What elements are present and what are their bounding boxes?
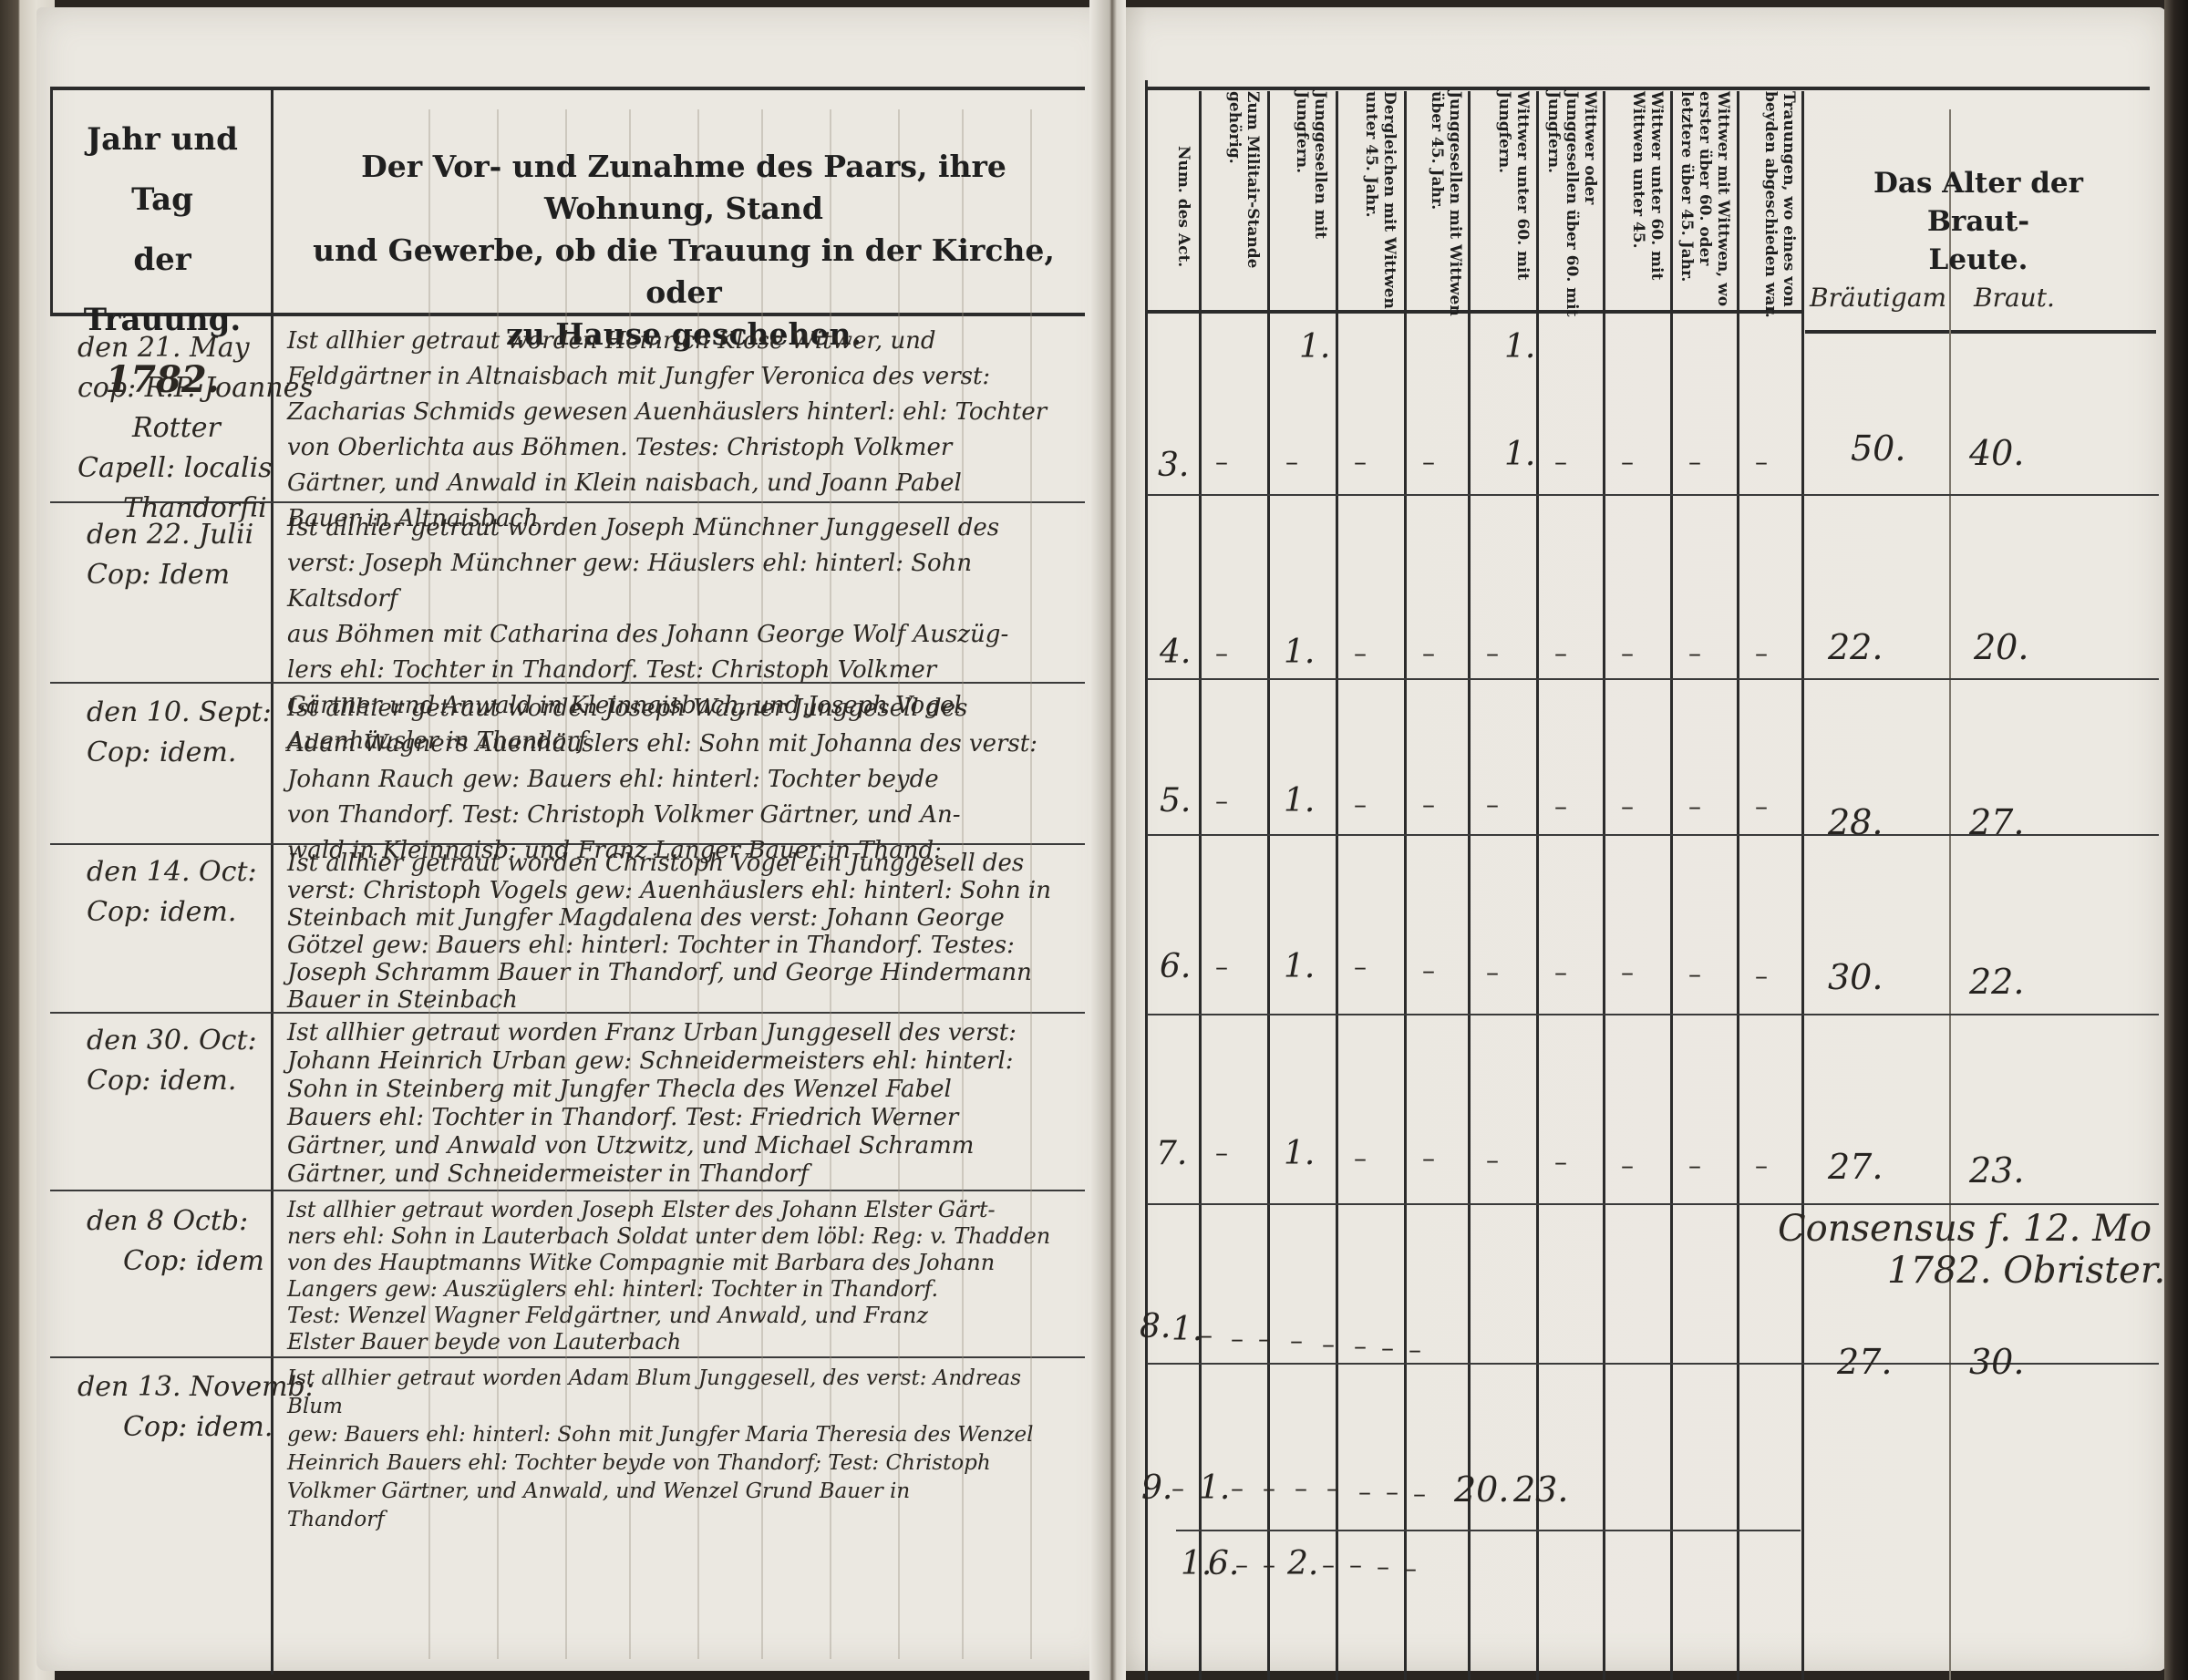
count-mark: –: [1326, 1473, 1339, 1503]
col-header-widower-under-60-maidens: Wittwer unter 60. mit Jungfern.: [1475, 91, 1532, 319]
entry-text: Ist allhier getraut worden Adam Blum Jun…: [287, 1365, 1071, 1534]
count-mark: –: [1755, 1150, 1768, 1180]
count-mark: –: [1554, 957, 1567, 987]
total-mark: –: [1263, 1550, 1275, 1580]
count-mark: –: [1621, 1150, 1634, 1180]
bride-age: 30.: [1969, 1342, 2024, 1382]
count-mark: –: [1621, 791, 1634, 821]
count-mark: –: [1755, 447, 1768, 477]
col-header-bachelors-maidens: Junggesellen mit Jungfern.: [1276, 91, 1329, 319]
count-mark: –: [1358, 1477, 1371, 1507]
groom-age: 27.: [1837, 1342, 1892, 1382]
entry-line: von Oberlichta aus Böhmen. Testes: Chris…: [287, 430, 1071, 466]
entry-line: Joseph Schramm Bauer in Thandorf, und Ge…: [287, 959, 1071, 986]
count-mark: –: [1688, 791, 1701, 821]
entry-line: Bauer in Steinbach: [287, 986, 1071, 1014]
entry-line: von Thandorf. Test: Christoph Volkmer Gä…: [287, 798, 1071, 833]
count-mark: –: [1354, 952, 1367, 982]
bride-subheader: Braut.: [1974, 283, 2055, 313]
entry-line: Adam Wagners Auenhäuslers ehl: Sohn mit …: [287, 727, 1071, 762]
officiant-line: Cop: idem.: [87, 892, 257, 933]
entry-text: Ist allhier getraut worden Joseph Wagner…: [287, 691, 1071, 869]
count-mark: –: [1386, 1477, 1398, 1507]
count-mark: –: [1381, 1333, 1394, 1363]
entry-line: Götzel gew: Bauers ehl: hinterl: Tochter…: [287, 932, 1071, 959]
count-mark: 1.: [1199, 1469, 1230, 1507]
col-header-act-number: Num. des Act.: [1156, 91, 1192, 374]
count-mark: –: [1322, 1329, 1335, 1359]
count-mark: –: [1413, 1479, 1426, 1509]
header-line: Der Vor- und Zunahme des Paars, ihre Woh…: [283, 146, 1085, 230]
col-header-widows-under-45: Dergleichen mit Wittwen unter 45. Jahr.: [1342, 91, 1398, 319]
entry-line: Feldgärtner in Altnaisbach mit Jungfer V…: [287, 359, 1071, 395]
bride-age: 23.: [1969, 1150, 2024, 1190]
bride-age: 27.: [1969, 802, 2024, 842]
total-mark: 2.: [1287, 1545, 1318, 1582]
entry-line: Ist allhier getraut worden Franz Urban J…: [287, 1019, 1071, 1047]
act-number: 8.: [1140, 1308, 1171, 1345]
total-mark: –: [1322, 1550, 1335, 1580]
officiant-line: Cop: Idem: [87, 555, 253, 595]
entry-text: Ist allhier getraut worden Franz Urban J…: [287, 1019, 1071, 1189]
groom-subheader: Bräutigam: [1810, 283, 1946, 313]
groom-age: 30.: [1828, 957, 1883, 997]
count-mark: –: [1215, 786, 1228, 816]
count-mark: –: [1215, 447, 1228, 477]
bride-age: 22.: [1969, 962, 2024, 1002]
count-mark: –: [1354, 789, 1367, 819]
groom-age: 20.: [1454, 1469, 1509, 1510]
header-line: Jahr und Tag: [53, 109, 272, 230]
book-edge-right: [2164, 0, 2188, 1680]
act-number: 5.: [1160, 782, 1191, 819]
count-mark: –: [1621, 957, 1634, 987]
count-mark: –: [1621, 447, 1634, 477]
entry-date: den 8 Octb: Cop: idem: [87, 1201, 264, 1282]
count-mark: –: [1554, 447, 1567, 477]
count-mark: –: [1486, 957, 1499, 987]
entry-date: den 10. Sept: Cop: idem.: [87, 693, 272, 773]
entry-line: Sohn in Steinberg mit Jungfer Thecla des…: [287, 1076, 1071, 1104]
date-line: den 13. Novemb:: [77, 1367, 315, 1407]
entry-line: Ist allhier getraut worden Joseph Wagner…: [287, 691, 1071, 727]
count-mark: 1.: [1504, 436, 1535, 473]
entry-line: Steinbach mit Jungfer Magdalena des vers…: [287, 904, 1071, 932]
count-mark: –: [1231, 1473, 1244, 1503]
officiant-line: Rotter: [77, 408, 314, 448]
date-line: den 30. Oct:: [87, 1021, 257, 1061]
entry-line: Ist allhier getraut worden Heinrich Klos…: [287, 324, 1071, 359]
count-mark: –: [1354, 1331, 1367, 1361]
count-mark: –: [1215, 952, 1228, 982]
count-mark: –: [1688, 447, 1701, 477]
officiant-line: Cop: idem: [87, 1242, 264, 1282]
count-mark: –: [1755, 638, 1768, 668]
act-number: 7.: [1156, 1135, 1187, 1172]
count-mark: –: [1295, 1473, 1307, 1503]
entry-line: Ist allhier getraut worden Christoph Vog…: [287, 850, 1071, 877]
officiant-line: Capell: localis: [77, 448, 314, 489]
total-mark: –: [1404, 1553, 1417, 1583]
act-number: 6.: [1160, 948, 1191, 985]
note-line: 1782. Obrister.: [1778, 1250, 2165, 1292]
count-mark: –: [1171, 1473, 1184, 1503]
entry-line: Langers gew: Auszüglers ehl: hinterl: To…: [287, 1276, 1071, 1303]
entry-line: lers ehl: Tochter in Thandorf. Test: Chr…: [287, 653, 1071, 688]
entry-line: Gärtner, und Schneidermeister in Thandor…: [287, 1160, 1071, 1189]
entry-line: gew: Bauers ehl: hinterl: Sohn mit Jungf…: [287, 1421, 1071, 1449]
entry-line: verst: Christoph Vogels gew: Auenhäusler…: [287, 877, 1071, 904]
header-line: Leute.: [1823, 241, 2133, 279]
entry-line: Ist allhier getraut worden Joseph Münchn…: [287, 510, 1071, 546]
marginal-note-consensus: Consensus f. 12. Mo 1782. Obrister.: [1778, 1208, 2165, 1292]
groom-age: 22.: [1828, 627, 1883, 667]
col-header-widower-widow-under: Wittwer unter 60. mit Wittwen unter 45.: [1609, 91, 1666, 319]
entry-line: Bauers ehl: Tochter in Thandorf. Test: F…: [287, 1104, 1071, 1132]
count-mark: –: [1422, 789, 1435, 819]
entry-line: Volkmer Gärtner, und Anwald, und Wenzel …: [287, 1478, 1071, 1506]
bride-age: 23.: [1513, 1469, 1568, 1510]
header-line: der: [53, 230, 272, 290]
bride-age: 40.: [1969, 433, 2024, 473]
count-mark: –: [1263, 1473, 1275, 1503]
col-header-divorced: Trauungen, wo eines von beyden abgeschie…: [1743, 91, 1798, 319]
entry-line: Johann Heinrich Urban gew: Schneidermeis…: [287, 1047, 1071, 1076]
count-mark: 1.: [1504, 328, 1535, 366]
count-mark: –: [1755, 791, 1768, 821]
entry-line: Test: Wenzel Wagner Feldgärtner, und Anw…: [287, 1303, 1071, 1329]
count-mark: 1.: [1171, 1311, 1202, 1348]
count-mark: –: [1755, 961, 1768, 991]
count-mark: –: [1215, 1138, 1228, 1168]
count-mark: –: [1554, 1147, 1567, 1177]
date-line: den 22. Julii: [87, 515, 253, 555]
entry-text: Ist allhier getraut worden Christoph Vog…: [287, 850, 1071, 1014]
entry-line: von des Hauptmanns Witke Compagnie mit B…: [287, 1250, 1071, 1276]
entry-date: den 13. Novemb: Cop: idem.: [77, 1367, 315, 1448]
count-mark: –: [1688, 1150, 1701, 1180]
count-mark: 1.: [1284, 1135, 1315, 1172]
note-line: Consensus f. 12. Mo: [1778, 1208, 2165, 1250]
entry-line: ners ehl: Sohn in Lauterbach Soldat unte…: [287, 1223, 1071, 1250]
total-mark: –: [1235, 1550, 1248, 1580]
count-mark: –: [1486, 789, 1499, 819]
col-header-over-60-maidens: Wittwer oder Junggesellen über 60. mit J…: [1543, 91, 1599, 319]
count-mark: –: [1554, 638, 1567, 668]
total-mark: –: [1349, 1550, 1362, 1580]
count-mark: –: [1354, 638, 1367, 668]
groom-age: 27.: [1828, 1147, 1883, 1187]
entry-line: Heinrich Bauers ehl: Tochter beyde von T…: [287, 1449, 1071, 1478]
count-mark: –: [1554, 791, 1567, 821]
entry-line: Zacharias Schmids gewesen Auenhäuslers h…: [287, 395, 1071, 430]
officiant-line: Cop: idem.: [87, 1061, 257, 1101]
count-mark: 1.: [1284, 948, 1315, 985]
entry-date: den 30. Oct: Cop: idem.: [87, 1021, 257, 1101]
entry-line: Elster Bauer beyde von Lauterbach: [287, 1329, 1071, 1355]
entry-line: Gärtner, und Anwald von Utzwitz, und Mic…: [287, 1132, 1071, 1160]
book-gutter: [1089, 0, 1126, 1680]
age-column-header: Das Alter der Braut- Leute.: [1823, 164, 2133, 279]
count-mark: –: [1290, 1325, 1303, 1355]
count-mark: –: [1422, 1143, 1435, 1173]
groom-age: 28.: [1828, 802, 1883, 842]
officiant-line: Cop: idem.: [77, 1407, 315, 1448]
count-mark: 1.: [1284, 782, 1315, 819]
col-header-military: Zum Militair-Stande gehörig.: [1205, 91, 1262, 319]
officiant-line: Cop: idem.: [87, 733, 272, 773]
count-mark: –: [1486, 638, 1499, 668]
date-line: den 8 Octb:: [87, 1201, 264, 1242]
count-mark: –: [1422, 955, 1435, 985]
count-mark: –: [1621, 638, 1634, 668]
count-mark: 1.: [1284, 634, 1315, 671]
bride-age: 20.: [1974, 627, 2028, 667]
count-mark: –: [1422, 638, 1435, 668]
entry-line: Ist allhier getraut worden Adam Blum Jun…: [287, 1365, 1071, 1421]
count-mark: –: [1422, 447, 1435, 477]
col-header-widows-over-45: Junggesellen mit Wittwen über 45. Jahr.: [1409, 91, 1464, 319]
act-number: 4.: [1160, 634, 1191, 671]
act-number: 3.: [1158, 447, 1189, 484]
count-mark: –: [1258, 1324, 1271, 1354]
header-line: Das Alter der Braut-: [1823, 164, 2133, 241]
count-mark: –: [1285, 447, 1298, 477]
officiant-line: cop: R.P. Joannes: [77, 368, 314, 408]
entry-date: den 22. Julii Cop: Idem: [87, 515, 253, 595]
entry-line: Ist allhier getraut worden Joseph Elster…: [287, 1197, 1071, 1223]
entry-line: Johann Rauch gew: Bauers ehl: hinterl: T…: [287, 762, 1071, 798]
col-header-widower-widow-over: Wittwer mit Wittwen, wo erster über 60. …: [1676, 91, 1732, 319]
count-mark: –: [1688, 959, 1701, 989]
entry-line: Thandorf: [287, 1506, 1071, 1534]
total-mark: –: [1377, 1551, 1389, 1582]
count-mark: 1.: [1299, 328, 1330, 366]
count-mark: –: [1409, 1335, 1421, 1365]
count-mark: –: [1354, 447, 1367, 477]
date-line: den 21. May: [77, 328, 314, 368]
entry-line: verst: Joseph Münchner gew: Häuslers ehl…: [287, 546, 1071, 617]
date-line: den 14. Oct:: [87, 852, 257, 892]
count-mark: –: [1354, 1143, 1367, 1173]
groom-age: 50.: [1851, 428, 1905, 469]
date-line: den 10. Sept:: [87, 693, 272, 733]
count-mark: –: [1231, 1324, 1244, 1354]
count-mark: –: [1486, 1145, 1499, 1175]
count-mark: –: [1200, 1320, 1213, 1350]
header-line: und Gewerbe, ob die Trauung in der Kirch…: [283, 230, 1085, 314]
entry-line: Gärtner, und Anwald in Klein naisbach, u…: [287, 466, 1071, 501]
count-mark: –: [1688, 638, 1701, 668]
entry-date: den 14. Oct: Cop: idem.: [87, 852, 257, 933]
act-number: 9.: [1141, 1469, 1172, 1507]
entry-text: Ist allhier getraut worden Heinrich Klos…: [287, 324, 1071, 537]
entry-text: Ist allhier getraut worden Joseph Elster…: [287, 1197, 1071, 1355]
count-mark: –: [1215, 638, 1228, 668]
entry-date: den 21. May cop: R.P. Joannes Rotter Cap…: [77, 328, 314, 529]
entry-line: aus Böhmen mit Catharina des Johann Geor…: [287, 617, 1071, 653]
